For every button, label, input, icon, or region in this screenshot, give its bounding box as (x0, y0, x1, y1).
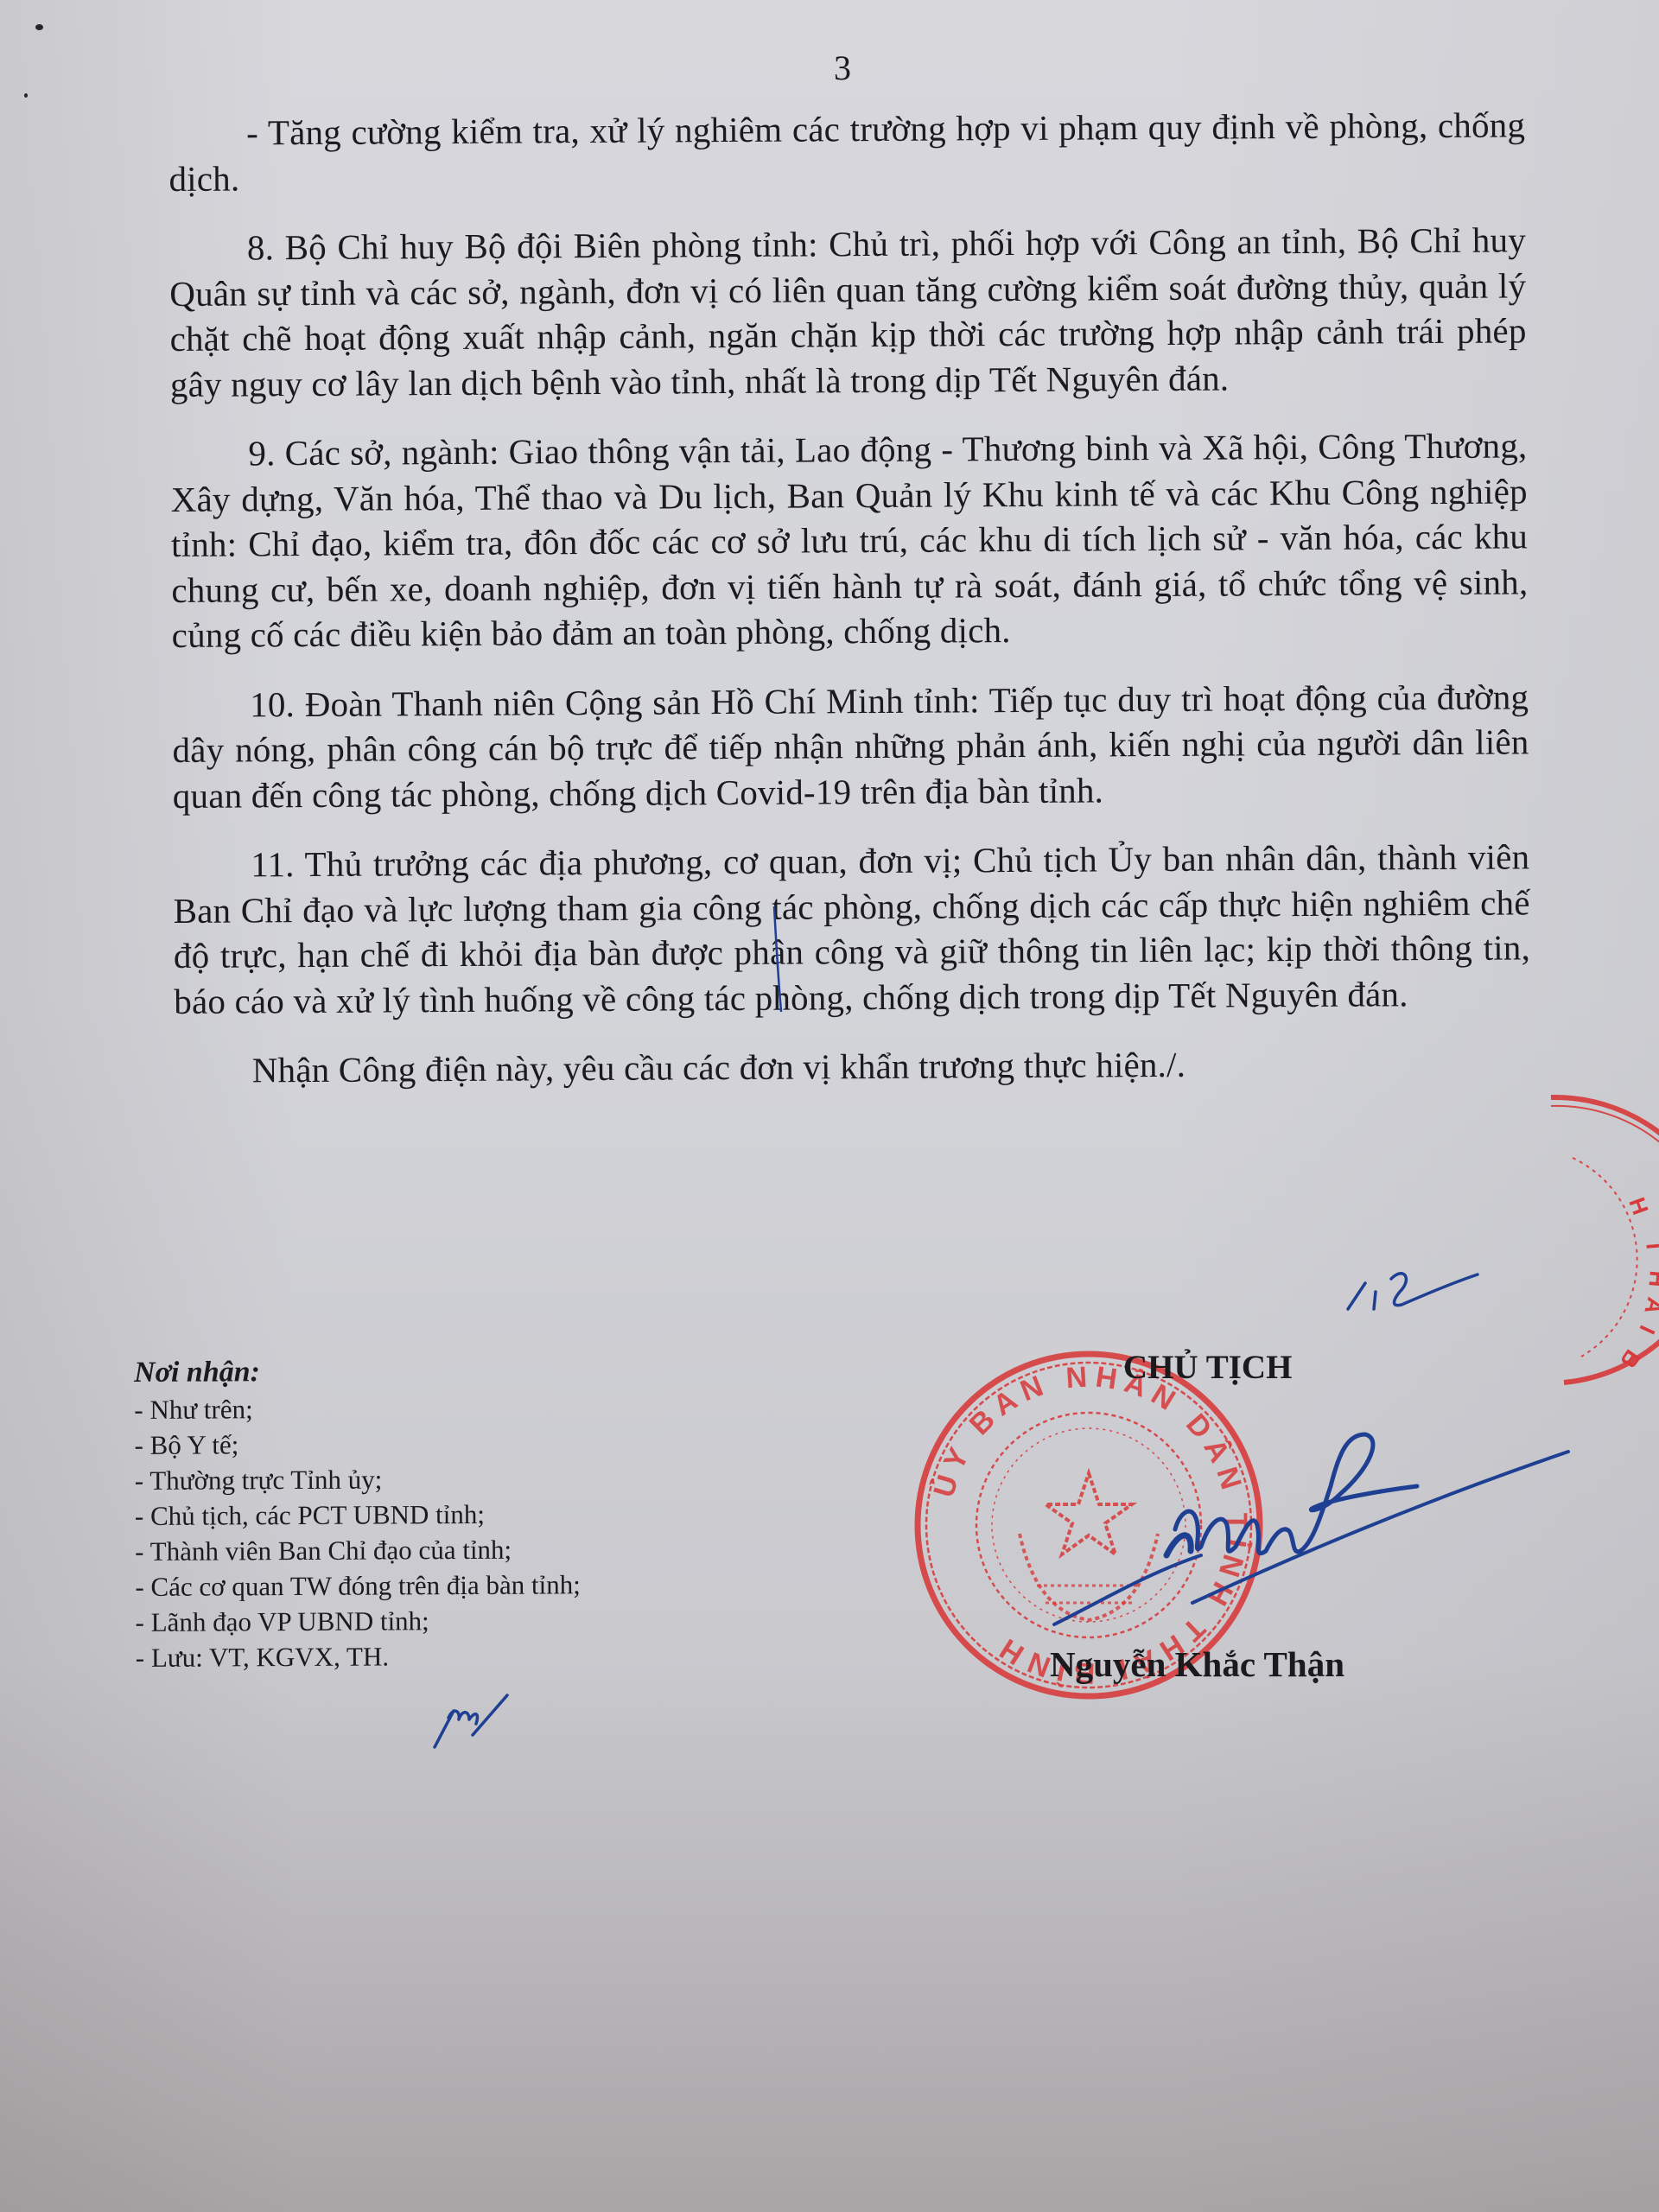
recipient-item: - Như trên; (134, 1389, 580, 1427)
scan-speck (24, 93, 28, 98)
closing-statement: Nhận Công điện này, yêu cầu các đơn vị k… (175, 1039, 1531, 1093)
recipient-item: - Chủ tịch, các PCT UBND tỉnh; (135, 1496, 581, 1534)
scanned-document-page: 3 - Tăng cường kiểm tra, xử lý nghiêm cá… (0, 0, 1659, 2212)
svg-text:I: I (1635, 1321, 1659, 1338)
svg-text:H: H (1643, 1269, 1659, 1287)
recipient-item: - Lưu: VT, KGVX, TH. (136, 1637, 582, 1675)
handwritten-signature-icon (933, 1382, 1624, 1659)
page-number: 3 (13, 48, 1659, 88)
signer-name: Nguyễn Khắc Thận (1050, 1643, 1344, 1685)
svg-text:H: H (1624, 1194, 1654, 1218)
svg-text:B: B (1615, 1345, 1645, 1374)
svg-text:ỦY BAN NHÂN DÂN TỈNH THÁI BÌNH: ỦY BAN NHÂN DÂN TỈNH THÁI BÌNH (927, 1360, 1253, 1689)
paragraph-inspection-bullet: - Tăng cường kiểm tra, xử lý nghiêm các … (168, 102, 1526, 201)
partial-seal-icon: H T H A I B (1547, 1080, 1659, 1391)
document-body: - Tăng cường kiểm tra, xử lý nghiêm các … (168, 102, 1531, 1093)
svg-text:T: T (1641, 1238, 1659, 1255)
recipient-item: - Các cơ quan TW đóng trên địa bàn tỉnh; (135, 1567, 581, 1605)
recipient-item: - Bộ Y tế; (134, 1425, 580, 1463)
recipients-heading: Nơi nhận: (134, 1352, 580, 1390)
recipient-item: - Thường trực Tỉnh ủy; (135, 1460, 581, 1498)
recipient-item: - Lãnh đạo VP UBND tỉnh; (136, 1602, 582, 1640)
svg-text:A: A (1639, 1294, 1659, 1317)
scan-speck (35, 24, 43, 30)
recipients-block: Nơi nhận: - Như trên; - Bộ Y tế; - Thườn… (134, 1352, 581, 1675)
handwritten-initials-icon (428, 1685, 523, 1754)
signer-title: CHỦ TỊCH (1123, 1348, 1292, 1387)
recipient-item: - Thành viên Ban Chỉ đạo của tỉnh; (135, 1531, 581, 1569)
handwritten-initials-icon (1339, 1257, 1486, 1318)
paragraph-item-8: 8. Bộ Chỉ huy Bộ đội Biên phòng tỉnh: Ch… (169, 217, 1527, 407)
paragraph-item-10: 10. Đoàn Thanh niên Cộng sản Hồ Chí Minh… (172, 674, 1529, 818)
paragraph-item-9: 9. Các sở, ngành: Giao thông vận tải, La… (170, 423, 1529, 658)
paragraph-item-11: 11. Thủ trưởng các địa phương, cơ quan, … (173, 834, 1530, 1024)
